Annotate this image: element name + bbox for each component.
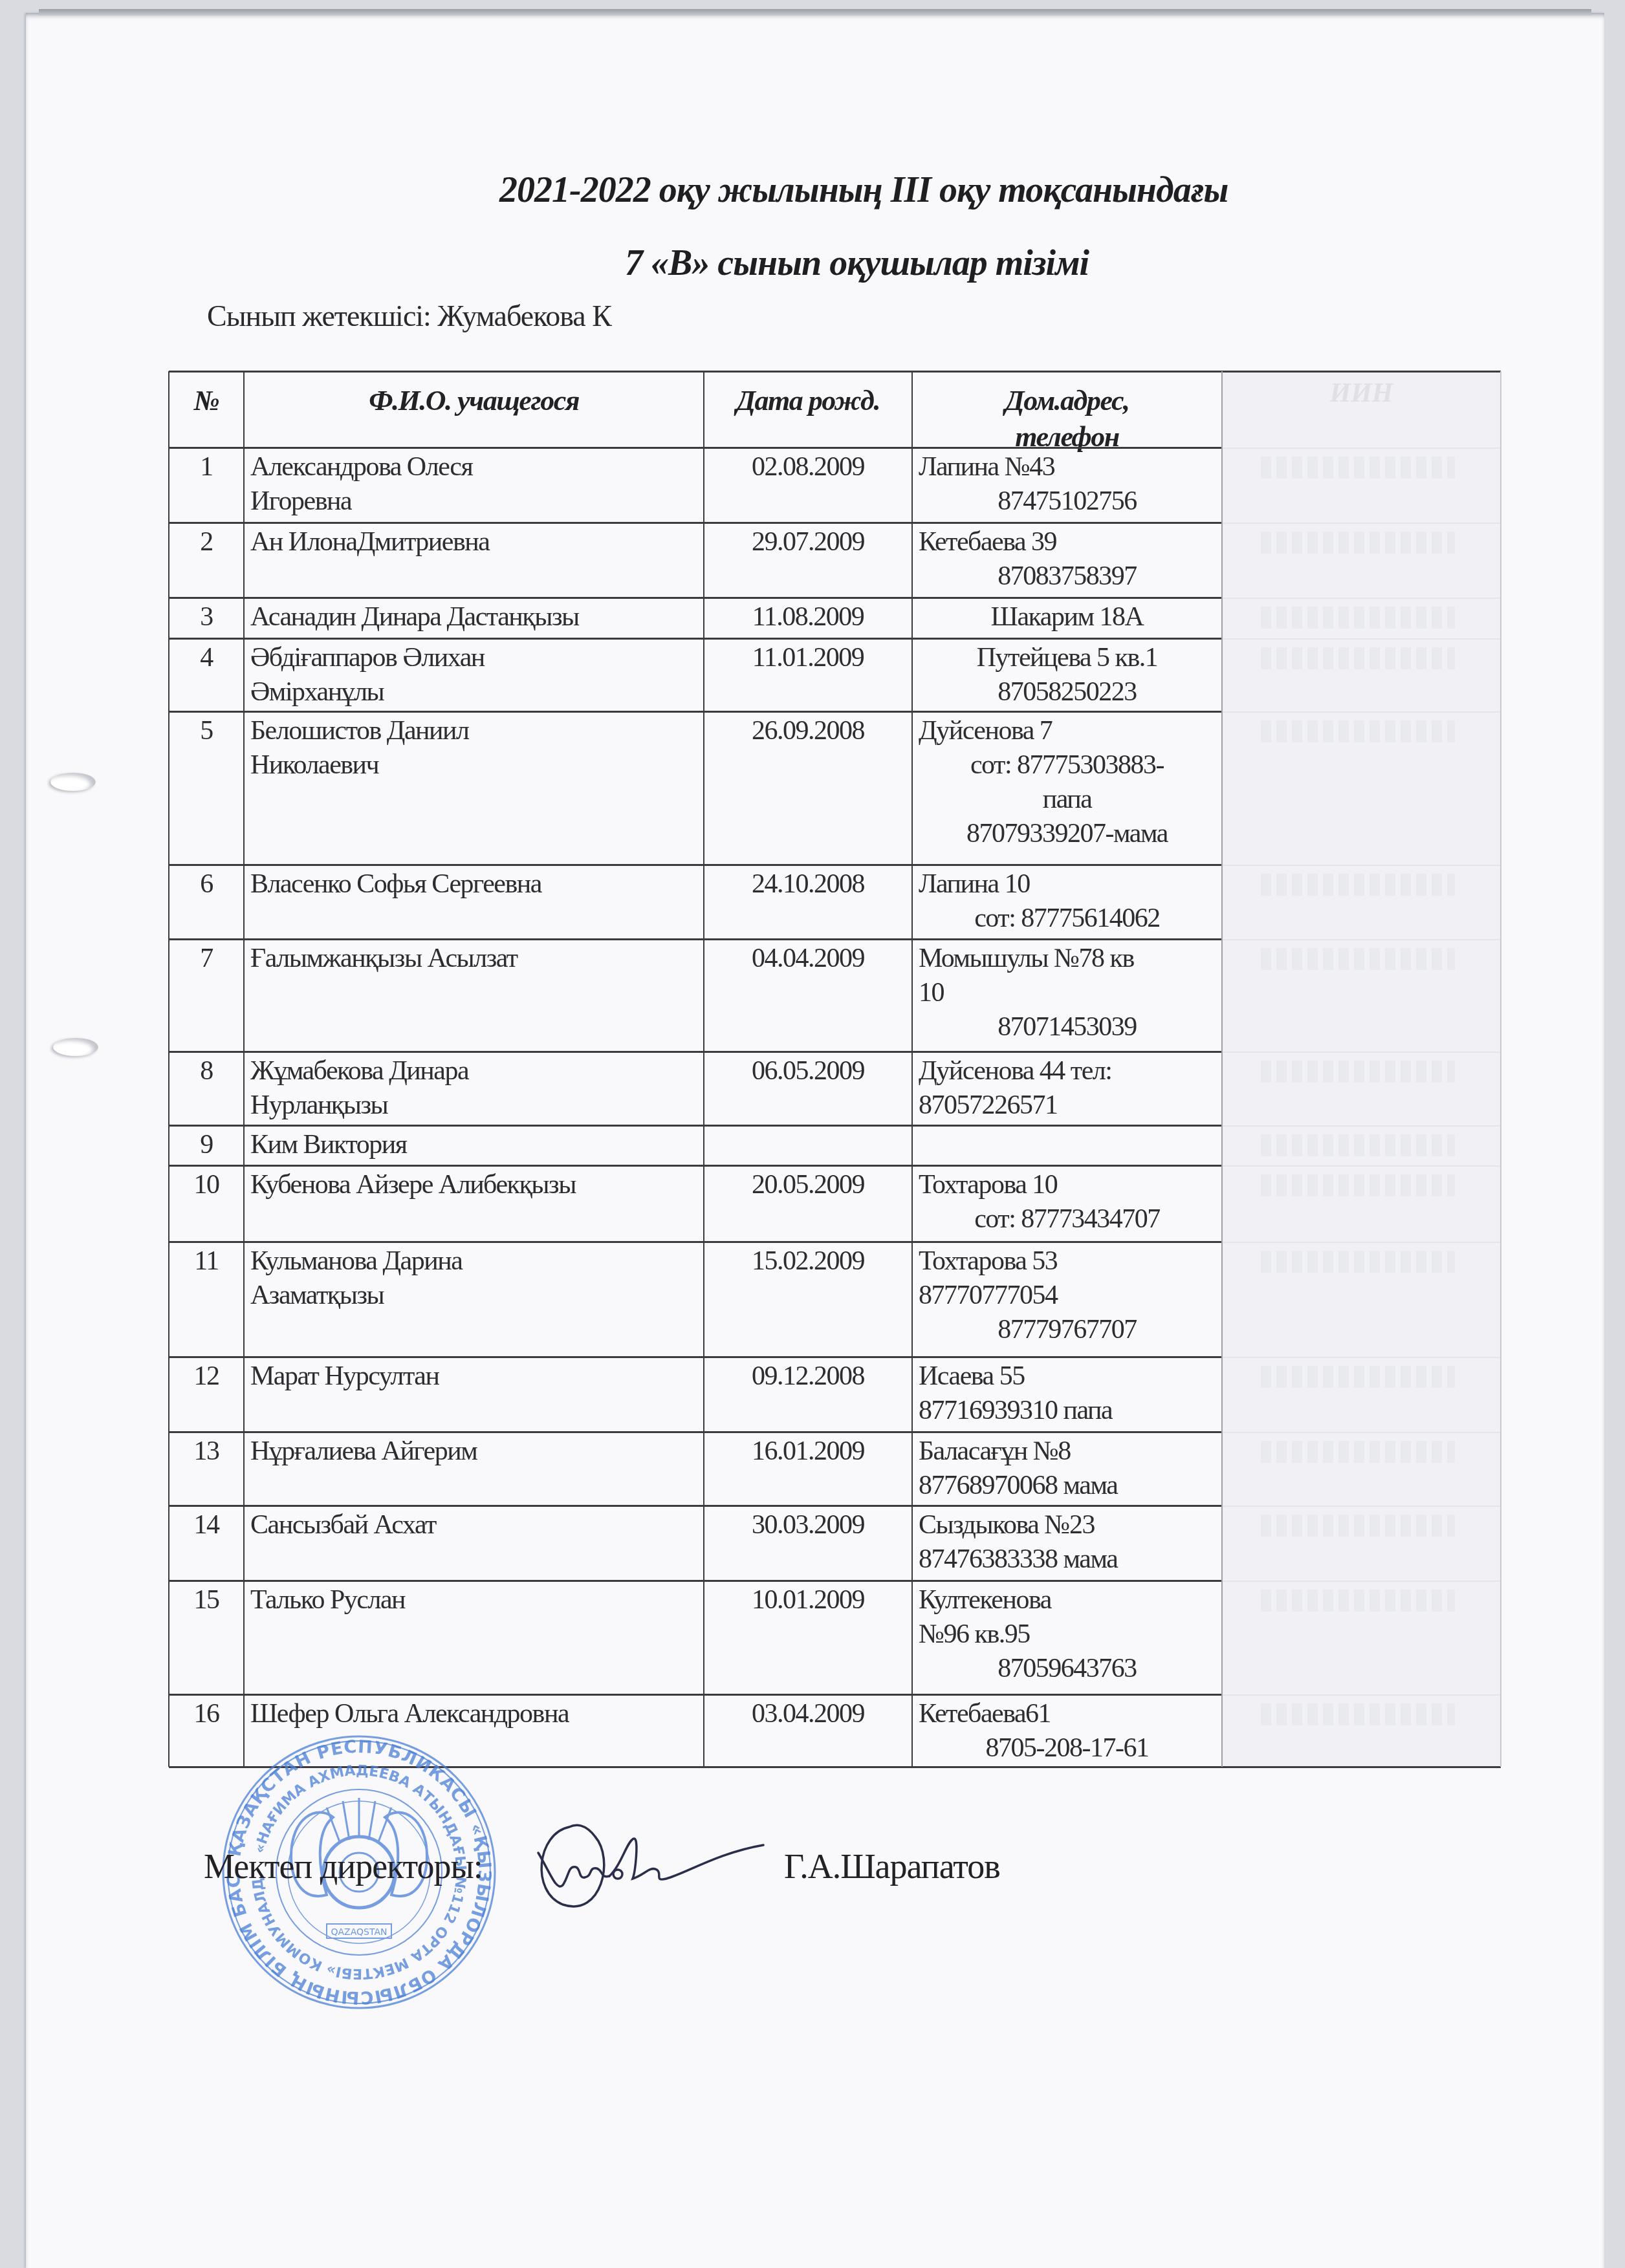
student-name: Шефер Ольга Александровна (250, 1697, 697, 1731)
address-line: Путейцева 5 кв.1 (919, 641, 1216, 675)
row-number: 8 (175, 1054, 237, 1088)
row-number: 7 (175, 942, 237, 976)
redacted-iin-value (1261, 948, 1455, 970)
row-number: 9 (175, 1128, 237, 1162)
row-number: 2 (175, 525, 237, 559)
address-phone: Шакарим 18А (919, 600, 1216, 634)
redacted-iin-value (1261, 532, 1455, 554)
row-number: 13 (175, 1434, 237, 1469)
redacted-iin-value (1261, 457, 1455, 479)
redacted-iin-value (1261, 1703, 1455, 1725)
student-name: Ғалымжанқызы Асылзат (250, 942, 697, 976)
address-line: Тохтарова 10 (919, 1168, 1216, 1202)
punch-hole-icon (50, 773, 96, 791)
header-birth-date: Дата рожд. (704, 383, 912, 419)
redacted-iin-value (1261, 607, 1455, 629)
table-row-divider (169, 864, 1222, 866)
redacted-iin-value (1261, 1590, 1455, 1612)
row-number: 14 (175, 1508, 237, 1542)
address-line: сот: 87775614062 (919, 902, 1216, 936)
row-number: 10 (175, 1168, 237, 1202)
name-line: Сансызбай Асхат (250, 1508, 697, 1542)
address-line: 87768970068 мама (919, 1469, 1216, 1503)
table-column-divider (703, 371, 704, 1767)
table-row-divider (169, 1051, 1222, 1053)
redacted-row-line (1222, 1052, 1501, 1053)
row-number: 15 (175, 1583, 237, 1617)
address-line: Шакарим 18А (919, 600, 1216, 634)
table-row-divider (169, 1241, 1222, 1243)
page-top-shadow (39, 9, 1591, 16)
redacted-row-line (1222, 865, 1501, 866)
address-line: Кетебаева 39 (919, 525, 1216, 559)
birth-date: 10.01.2009 (710, 1583, 906, 1617)
document-title-line1: 2021-2022 оқу жылының III оқу тоқсанында… (499, 169, 1228, 211)
table-row-divider (169, 638, 1222, 640)
student-name: Талько Руслан (250, 1583, 697, 1617)
address-line: 87779767707 (919, 1313, 1216, 1347)
table-row-divider (169, 522, 1222, 524)
name-line: Александрова Олеся (250, 450, 697, 484)
birth-date: 20.05.2009 (710, 1168, 906, 1202)
name-line: Власенко Софья Сергеевна (250, 867, 697, 902)
address-line: сот: 87775303883- (919, 748, 1216, 783)
name-line: Нурланқызы (250, 1088, 697, 1123)
address-phone: Тохтарова 538777077705487779767707 (919, 1244, 1216, 1347)
birth-date: 06.05.2009 (710, 1054, 906, 1088)
redacted-iin-value (1261, 647, 1455, 669)
name-line: Ан ИлонаДмитриевна (250, 525, 697, 559)
table-row-divider (169, 938, 1222, 940)
address-line: Баласағұн №8 (919, 1434, 1216, 1469)
student-name: Александрова ОлесяИгоревна (250, 450, 697, 519)
student-list-table: ИИН № Ф.И.О. учащегося Дата рожд. Дом.ад… (169, 371, 1501, 1767)
redacted-row-line (1222, 598, 1501, 599)
birth-date: 09.12.2008 (710, 1359, 906, 1394)
address-phone: Дуйсенова 7сот: 87775303883-папа87079339… (919, 714, 1216, 851)
redacted-row-line (1222, 1242, 1501, 1243)
address-phone: Момышулы №78 кв1087071453039 (919, 942, 1216, 1044)
redacted-iin-value (1261, 874, 1455, 896)
name-line: Жұмабекова Динара (250, 1054, 697, 1088)
address-line: сот: 87773434707 (919, 1202, 1216, 1237)
birth-date: 26.09.2008 (710, 714, 906, 748)
address-phone: Лапина 10сот: 87775614062 (919, 867, 1216, 936)
table-row-divider (169, 1165, 1222, 1167)
birth-date: 24.10.2008 (710, 867, 906, 902)
redacted-row-line (1222, 1125, 1501, 1127)
row-number: 6 (175, 867, 237, 902)
student-name: Асанадин Динара Дастанқызы (250, 600, 697, 634)
student-name: Әбдіғаппаров ӘлиханӘмірханұлы (250, 641, 697, 709)
table-column-divider (168, 371, 169, 1767)
address-phone: Тохтарова 10сот: 87773434707 (919, 1168, 1216, 1237)
redacted-row-line (1222, 1165, 1501, 1167)
address-phone: Дуйсенова 44 тел:87057226571 (919, 1054, 1216, 1123)
table-row-divider (169, 447, 1222, 449)
table-column-divider (911, 371, 913, 1767)
birth-date: 02.08.2009 (710, 450, 906, 484)
student-name: Кульманова ДаринаАзаматқызы (250, 1244, 697, 1313)
address-phone: Сыздыкова №2387476383338 мама (919, 1508, 1216, 1577)
address-phone: Исаева 5587716939310 папа (919, 1359, 1216, 1428)
table-row-divider (169, 1356, 1222, 1358)
birth-date: 11.08.2009 (710, 600, 906, 634)
address-line: Култекенова (919, 1583, 1216, 1617)
svg-text:QAZAQSTAN: QAZAQSTAN (331, 1927, 387, 1938)
address-line: Исаева 55 (919, 1359, 1216, 1394)
director-label: Мектеп директоры: (204, 1846, 483, 1886)
name-line: Шефер Ольга Александровна (250, 1697, 697, 1731)
document-title-line2: 7 «В» сынып оқушылар тізімі (625, 243, 1089, 284)
address-line: 87083758397 (919, 559, 1216, 594)
redacted-iin-value (1261, 1174, 1455, 1196)
row-number: 4 (175, 641, 237, 675)
table-row-divider (169, 1431, 1222, 1433)
table-row-divider (169, 1505, 1222, 1507)
name-line: Белошистов Даниил (250, 714, 697, 748)
redacted-row-line (1222, 1581, 1501, 1582)
address-line: Дуйсенова 7 (919, 714, 1216, 748)
redacted-row-line (1222, 1432, 1501, 1433)
name-line: Азаматқызы (250, 1279, 697, 1313)
address-line: папа (919, 783, 1216, 817)
name-line: Марат Нурсултан (250, 1359, 697, 1394)
name-line: Талько Руслан (250, 1583, 697, 1617)
name-line: Әбдіғаппаров Әлихан (250, 641, 697, 675)
address-phone: Путейцева 5 кв.187058250223 (919, 641, 1216, 709)
table-column-divider (1221, 371, 1223, 1767)
redacted-row-line (1222, 939, 1501, 940)
punch-hole-icon (53, 1038, 98, 1056)
address-line: 8705-208-17-61 (919, 1731, 1216, 1766)
redacted-row-line (1222, 1357, 1501, 1358)
table-row-divider (169, 597, 1222, 599)
row-number: 5 (175, 714, 237, 748)
birth-date: 11.01.2009 (710, 641, 906, 675)
birth-date: 30.03.2009 (710, 1508, 906, 1542)
redacted-row-line (1222, 448, 1501, 449)
iin-header: ИИН (1222, 378, 1501, 409)
name-line: Ғалымжанқызы Асылзат (250, 942, 697, 976)
birth-date: 16.01.2009 (710, 1434, 906, 1469)
table-column-divider (243, 371, 245, 1767)
name-line: Кульманова Дарина (250, 1244, 697, 1279)
redacted-row-line (1222, 711, 1501, 713)
address-line: Тохтарова 53 (919, 1244, 1216, 1279)
address-phone: Лапина №4387475102756 (919, 450, 1216, 519)
name-line: Асанадин Динара Дастанқызы (250, 600, 697, 634)
address-phone: Кетебаева 3987083758397 (919, 525, 1216, 594)
header-address: Дом.адрес, телефон (912, 383, 1222, 455)
redacted-iin-value (1261, 1515, 1455, 1537)
student-name: Сансызбай Асхат (250, 1508, 697, 1542)
address-line: 87475102756 (919, 484, 1216, 519)
row-number: 11 (175, 1244, 237, 1279)
row-number: 3 (175, 600, 237, 634)
name-line: Николаевич (250, 748, 697, 783)
redacted-row-line (1222, 1694, 1501, 1696)
student-name: Белошистов ДаниилНиколаевич (250, 714, 697, 783)
address-line: Момышулы №78 кв (919, 942, 1216, 976)
address-phone: Баласағұн №887768970068 мама (919, 1434, 1216, 1503)
address-line: 87716939310 папа (919, 1394, 1216, 1428)
address-line: Лапина №43 (919, 450, 1216, 484)
student-name: Ан ИлонаДмитриевна (250, 525, 697, 559)
redacted-row-line (1222, 1506, 1501, 1507)
address-line: №96 кв.95 (919, 1617, 1216, 1652)
director-name: Г.А.Шарапатов (784, 1846, 1000, 1886)
table-row-divider (169, 1694, 1222, 1696)
address-line: Лапина 10 (919, 867, 1216, 902)
redacted-iin-value (1261, 1251, 1455, 1273)
address-line: 87476383338 мама (919, 1542, 1216, 1577)
address-phone: Култекенова№96 кв.9587059643763 (919, 1583, 1216, 1686)
address-line: 87770777054 (919, 1279, 1216, 1313)
name-line: Игоревна (250, 484, 697, 519)
address-line: Кетебаева61 (919, 1697, 1216, 1731)
director-signature-icon (530, 1814, 776, 1911)
header-number: № (169, 383, 244, 419)
header-name: Ф.И.О. учащегося (244, 383, 704, 419)
redacted-row-line (1222, 638, 1501, 640)
table-row-divider (169, 1580, 1222, 1582)
row-number: 16 (175, 1697, 237, 1731)
address-line: 87057226571 (919, 1088, 1216, 1123)
birth-date: 15.02.2009 (710, 1244, 906, 1279)
student-name: Жұмабекова ДинараНурланқызы (250, 1054, 697, 1123)
student-name: Ким Виктория (250, 1128, 697, 1162)
name-line: Әмірханұлы (250, 675, 697, 709)
student-name: Кубенова Айзере Алибекқызы (250, 1168, 697, 1202)
row-number: 1 (175, 450, 237, 484)
name-line: Кубенова Айзере Алибекқызы (250, 1168, 697, 1202)
address-line: 10 (919, 976, 1216, 1010)
name-line: Нұрғалиева Айгерим (250, 1434, 697, 1469)
address-line: 87059643763 (919, 1652, 1216, 1686)
redacted-iin-value (1261, 1366, 1455, 1388)
redacted-iin-value (1261, 720, 1455, 742)
address-phone: Кетебаева618705-208-17-61 (919, 1697, 1216, 1766)
redacted-iin-value (1261, 1061, 1455, 1083)
row-number: 12 (175, 1359, 237, 1394)
address-line: 87058250223 (919, 675, 1216, 709)
birth-date: 04.04.2009 (710, 942, 906, 976)
student-name: Власенко Софья Сергеевна (250, 867, 697, 902)
class-teacher-label: Сынып жетекшісі: Жумабекова К (207, 299, 611, 333)
student-name: Нұрғалиева Айгерим (250, 1434, 697, 1469)
redacted-iin-value (1261, 1441, 1455, 1463)
table-row-divider (169, 711, 1222, 713)
table-column-divider (1500, 371, 1501, 1767)
address-line: 87079339207-мама (919, 817, 1216, 851)
header-address-line1: Дом.адрес, (912, 383, 1222, 419)
redacted-row-line (1222, 523, 1501, 524)
redacted-iin-column: ИИН (1222, 371, 1501, 1767)
address-line: Дуйсенова 44 тел: (919, 1054, 1216, 1088)
birth-date: 03.04.2009 (710, 1697, 906, 1731)
student-name: Марат Нурсултан (250, 1359, 697, 1394)
address-line: 87071453039 (919, 1010, 1216, 1044)
table-row-divider (169, 1125, 1222, 1127)
table-row-divider (169, 371, 1501, 373)
name-line: Ким Виктория (250, 1128, 697, 1162)
address-line: Сыздыкова №23 (919, 1508, 1216, 1542)
redacted-iin-value (1261, 1134, 1455, 1156)
birth-date: 29.07.2009 (710, 525, 906, 559)
